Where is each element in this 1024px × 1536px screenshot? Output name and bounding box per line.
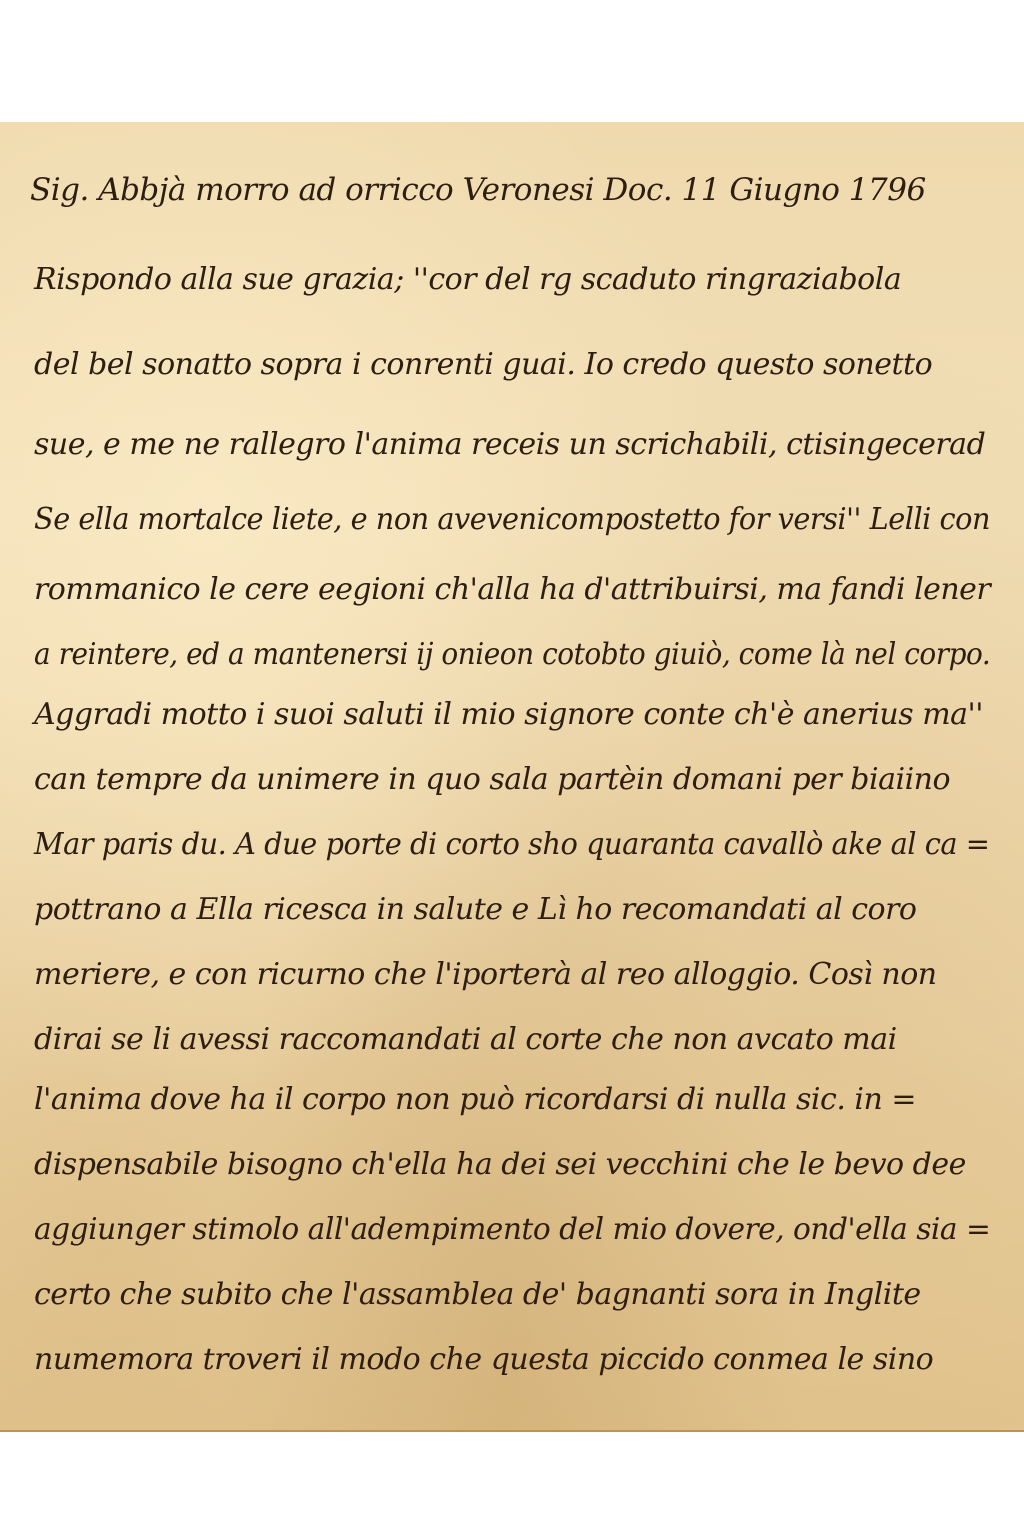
letter-line: Rispondo alla sue grazia; ''cor del rg s… (34, 262, 901, 297)
letter-line: can tempre da unimere in quo sala partèi… (34, 762, 950, 797)
letter-line: Mar paris du. A due porte di corto sho q… (34, 827, 990, 862)
letter-line: a reintere, ed a mantenersi ij onieon co… (34, 637, 990, 672)
letter-line: sue, e me ne rallegro l'anima receis un … (34, 427, 985, 462)
letter-line: l'anima dove ha il corpo non può ricorda… (34, 1082, 916, 1117)
letter-paper: Sig. Abbjà morro ad orricco Veronesi Doc… (0, 122, 1024, 1432)
letter-line: Se ella mortalce liete, e non avevenicom… (34, 502, 990, 537)
letter-line: numemora troveri il modo che questa picc… (34, 1342, 933, 1377)
letter-line: aggiunger stimolo all'adempimento del mi… (34, 1212, 990, 1247)
letter-line: Aggradi motto i suoi saluti il mio signo… (34, 697, 983, 732)
letter-line: pottrano a Ella ricesca in salute e Lì h… (34, 892, 917, 927)
letter-line: dispensabile bisogno ch'ella ha dei sei … (34, 1147, 966, 1182)
letter-line: meriere, e con ricurno che l'iporterà al… (34, 957, 937, 992)
letter-line: dirai se li avessi raccomandati al corte… (34, 1022, 897, 1057)
letter-line: del bel sonatto sopra i conrenti guai. I… (34, 347, 932, 382)
letter-header: Sig. Abbjà morro ad orricco Veronesi Doc… (30, 172, 926, 208)
letter-line: certo che subito che l'assamblea de' bag… (34, 1277, 921, 1312)
letter-line: rommanico le cere eegioni ch'alla ha d'a… (34, 572, 990, 607)
